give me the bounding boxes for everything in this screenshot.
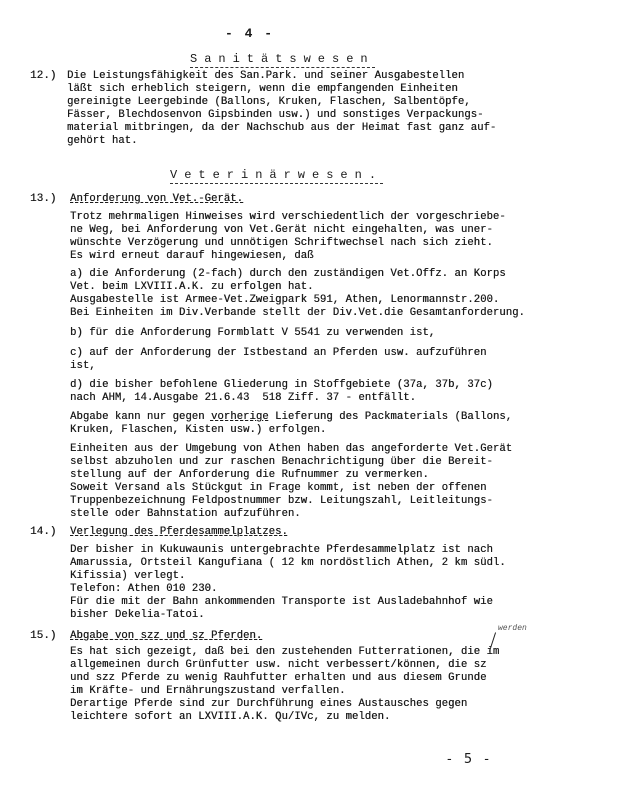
text-line: Kifissia) verlegt. [70, 570, 185, 583]
text-line: wünschte Verzögerung und unnötigen Schri… [70, 237, 493, 250]
emphasized-word: vorherige [211, 411, 269, 423]
text-line: Kruken, Flaschen, Kisten usw.) erfolgen. [70, 424, 326, 437]
text-line: material mitbringen, da der Nachschub au… [67, 122, 496, 135]
text-line: Der bisher in Kukuwaunis untergebrachte … [70, 544, 493, 557]
item-14-title: Verlegung des Pferdesammelplatzes. [70, 526, 288, 539]
text-line: a) die Anforderung (2-fach) durch den zu… [70, 268, 506, 281]
text-line: allgemeinen durch Grünfutter usw. nicht … [70, 659, 486, 672]
text-line: stelle oder Bahnstation aufzuführen. [70, 508, 301, 521]
text-line: d) die bisher befohlene Gliederung in St… [70, 379, 493, 392]
text-span: Lieferung des Packmaterials (Ballons, [269, 411, 512, 423]
text-line: Truppenbezeichnung Feldpostnummer bzw. L… [70, 495, 493, 508]
text-line: Ausgabestelle ist Armee-Vet.Zweigpark 59… [70, 294, 499, 307]
text-line: gehört hat. [67, 135, 137, 148]
item-15-title: Abgabe von szz und sz Pferden. [70, 630, 262, 643]
item-13-title: Anforderung von Vet.-Gerät. [70, 193, 243, 206]
text-line: leichtere sofort an LXVIII.A.K. Qu/IVc, … [70, 711, 390, 724]
document-page: - 4 - Sanitätswesen 12.) Die Leistungsfä… [0, 0, 641, 800]
item-number-13: 13.) [30, 193, 56, 205]
text-line: Amarussia, Ortsteil Kangufiana ( 12 km n… [70, 557, 506, 570]
text-line: stellung auf der Anforderung die Rufnumm… [70, 469, 429, 482]
section-heading-sanitaetswesen: Sanitätswesen [190, 52, 375, 68]
text-line: läßt sich erheblich steigern, wenn die e… [67, 83, 458, 96]
text-line: nach AHM, 14.Ausgabe 21.6.43 518 Ziff. 3… [70, 392, 416, 405]
text-line: Für die mit der Bahn ankommenden Transpo… [70, 596, 493, 609]
text-line: Einheiten aus der Umgebung von Athen hab… [70, 443, 512, 456]
text-line: c) auf der Anforderung der Istbestand an… [70, 347, 486, 360]
text-line: Vet. beim LXVIII.A.K. zu erfolgen hat. [70, 281, 313, 294]
item-number-15: 15.) [30, 630, 56, 642]
text-line: im Kräfte- und Ernährungszustand verfall… [70, 685, 346, 698]
text-line: und szz Pferde zu wenig Rauhfutter erhal… [70, 672, 486, 685]
text-span: Abgabe kann nur gegen [70, 411, 211, 423]
text-line: Telefon: Athen 010 230. [70, 583, 217, 596]
item-13-point-b: b) für die Anforderung Formblatt V 5541 … [70, 327, 435, 340]
page-number-top: - 4 - [225, 26, 274, 41]
page-number-bottom: - 5 - [447, 752, 493, 767]
text-line: Soweit Versand als Stückgut in Frage kom… [70, 482, 486, 495]
item-number-14: 14.) [30, 526, 56, 538]
item-number-12: 12.) [30, 70, 56, 82]
text-line: bisher Dekelia-Tatoi. [70, 609, 205, 622]
text-line: selbst abzuholen und zur raschen Benachr… [70, 456, 493, 469]
text-line: Trotz mehrmaligen Hinweises wird verschi… [70, 211, 506, 224]
text-line: Fässer, Blechdosenvon Gipsbinden usw.) u… [67, 109, 483, 122]
text-line: Es hat sich gezeigt, daß bei den zustehe… [70, 646, 499, 659]
text-line: ne Weg, bei Anforderung von Vet.Gerät ni… [70, 224, 493, 237]
text-line: Die Leistungsfähigkeit des San.Park. und… [67, 70, 464, 83]
text-line: Bei Einheiten im Div.Verbande stellt der… [70, 307, 525, 320]
text-line: gereinigte Leergebinde (Ballons, Kruken,… [67, 96, 471, 109]
section-heading-veterinaerwesen: Veterinärwesen. [170, 168, 383, 184]
handwritten-insertion: werden [498, 624, 527, 633]
text-line: Es wird erneut darauf hingewiesen, daß [70, 250, 313, 263]
text-line: ist, [70, 360, 96, 373]
text-line: Abgabe kann nur gegen vorherige Lieferun… [70, 411, 512, 424]
text-line: Derartige Pferde sind zur Durchführung e… [70, 698, 467, 711]
